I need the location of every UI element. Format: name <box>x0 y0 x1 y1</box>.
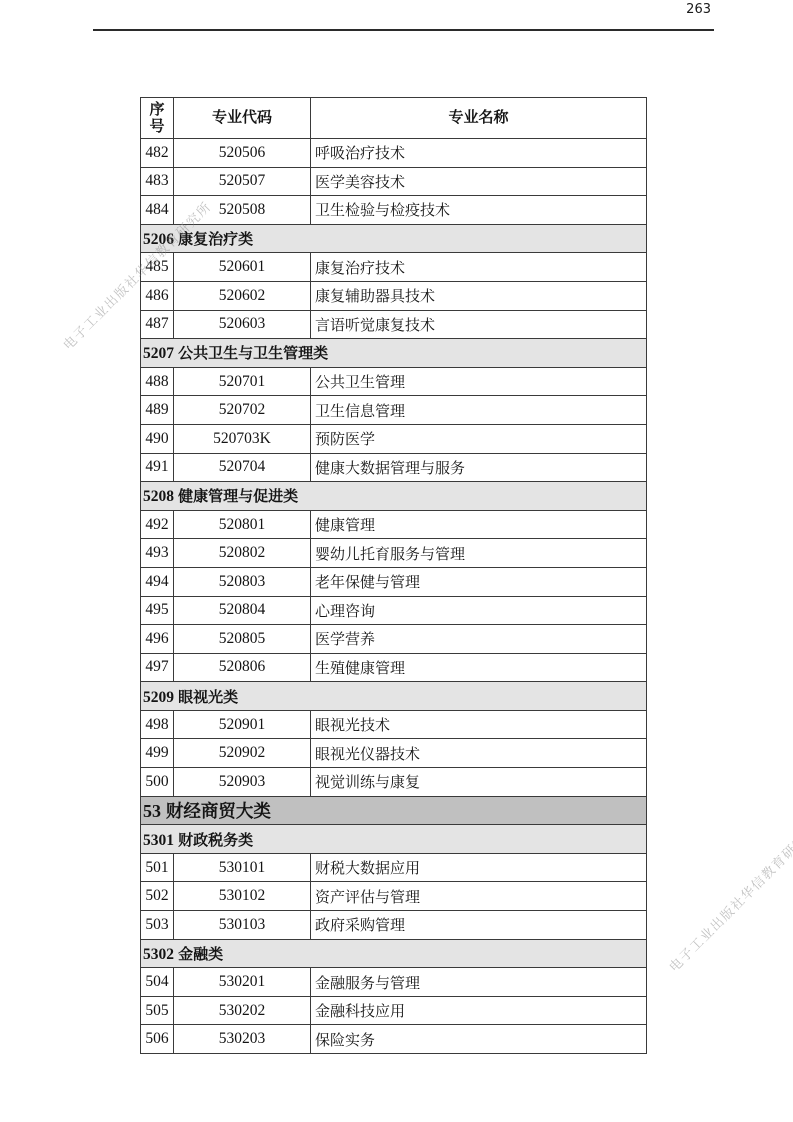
row-number: 492 <box>141 510 174 539</box>
row-number: 500 <box>141 768 174 797</box>
row-number: 493 <box>141 539 174 568</box>
major-name: 卫生信息管理 <box>311 396 647 425</box>
table-row: 489520702卫生信息管理 <box>141 396 647 425</box>
major-code: 520802 <box>174 539 311 568</box>
table-row: 502530102资产评估与管理 <box>141 882 647 911</box>
category-code: 5302 <box>143 946 174 963</box>
table-row: 492520801健康管理 <box>141 510 647 539</box>
category-header-cell: 5208 健康管理与促进类 <box>141 482 647 511</box>
major-code: 520806 <box>174 653 311 682</box>
majors-table: 序 号 专业代码 专业名称 482520506呼吸治疗技术483520507医学… <box>140 97 647 1054</box>
table-row: 487520603言语听觉康复技术 <box>141 310 647 339</box>
table-header-row: 序 号 专业代码 专业名称 <box>141 98 647 139</box>
major-code: 520801 <box>174 510 311 539</box>
major-name: 老年保健与管理 <box>311 567 647 596</box>
major-code: 520603 <box>174 310 311 339</box>
table-row: 498520901眼视光技术 <box>141 710 647 739</box>
major-code: 520903 <box>174 768 311 797</box>
major-name: 金融科技应用 <box>311 996 647 1025</box>
header-cell-number: 序 号 <box>141 98 174 139</box>
category-name: 财经商贸大类 <box>161 801 271 821</box>
major-name: 生殖健康管理 <box>311 653 647 682</box>
category-header-cell: 5302 金融类 <box>141 939 647 968</box>
major-name: 财税大数据应用 <box>311 853 647 882</box>
table-row: 482520506呼吸治疗技术 <box>141 139 647 168</box>
section-category-row: 5206 康复治疗类 <box>141 224 647 253</box>
header-cell-name: 专业名称 <box>311 98 647 139</box>
table-row: 499520902眼视光仪器技术 <box>141 739 647 768</box>
row-number: 491 <box>141 453 174 482</box>
table-row: 485520601康复治疗技术 <box>141 253 647 282</box>
row-number: 487 <box>141 310 174 339</box>
major-name: 呼吸治疗技术 <box>311 139 647 168</box>
major-code: 530203 <box>174 1025 311 1054</box>
major-code: 520506 <box>174 139 311 168</box>
major-name: 心理咨询 <box>311 596 647 625</box>
table-row: 505530202金融科技应用 <box>141 996 647 1025</box>
row-number: 486 <box>141 281 174 310</box>
major-code: 520508 <box>174 196 311 225</box>
major-code: 520704 <box>174 453 311 482</box>
row-number: 494 <box>141 567 174 596</box>
row-number: 501 <box>141 853 174 882</box>
table-row: 503530103政府采购管理 <box>141 911 647 940</box>
row-number: 497 <box>141 653 174 682</box>
major-code: 530102 <box>174 882 311 911</box>
major-code: 530201 <box>174 968 311 997</box>
category-code: 5207 <box>143 345 174 362</box>
major-code: 520805 <box>174 625 311 654</box>
major-code: 520703K <box>174 424 311 453</box>
major-code: 530103 <box>174 911 311 940</box>
row-number: 483 <box>141 167 174 196</box>
table-body: 482520506呼吸治疗技术483520507医学美容技术484520508卫… <box>141 139 647 1054</box>
row-number: 490 <box>141 424 174 453</box>
major-name: 卫生检验与检疫技术 <box>311 196 647 225</box>
row-number: 482 <box>141 139 174 168</box>
category-name: 公共卫生与卫生管理类 <box>174 345 328 362</box>
table-row: 497520806生殖健康管理 <box>141 653 647 682</box>
category-header-cell: 5207 公共卫生与卫生管理类 <box>141 339 647 368</box>
major-code: 530101 <box>174 853 311 882</box>
category-code: 5209 <box>143 689 174 706</box>
row-number: 484 <box>141 196 174 225</box>
table-row: 494520803老年保健与管理 <box>141 567 647 596</box>
major-name: 健康管理 <box>311 510 647 539</box>
row-number: 495 <box>141 596 174 625</box>
table-row: 504530201金融服务与管理 <box>141 968 647 997</box>
section-category-row: 5208 健康管理与促进类 <box>141 482 647 511</box>
major-code: 520601 <box>174 253 311 282</box>
major-code: 520803 <box>174 567 311 596</box>
major-code: 520507 <box>174 167 311 196</box>
category-header-cell: 53 财经商贸大类 <box>141 796 647 825</box>
major-code: 520804 <box>174 596 311 625</box>
major-name: 康复治疗技术 <box>311 253 647 282</box>
major-code: 520901 <box>174 710 311 739</box>
category-code: 5206 <box>143 231 174 248</box>
row-number: 504 <box>141 968 174 997</box>
table-row: 495520804心理咨询 <box>141 596 647 625</box>
category-header-cell: 5301 财政税务类 <box>141 825 647 854</box>
table-row: 491520704健康大数据管理与服务 <box>141 453 647 482</box>
major-name: 婴幼儿托育服务与管理 <box>311 539 647 568</box>
major-name: 眼视光仪器技术 <box>311 739 647 768</box>
row-number: 502 <box>141 882 174 911</box>
major-code: 520602 <box>174 281 311 310</box>
table-row: 506530203保险实务 <box>141 1025 647 1054</box>
section-category-row: 5209 眼视光类 <box>141 682 647 711</box>
section-category-row: 5207 公共卫生与卫生管理类 <box>141 339 647 368</box>
major-code: 530202 <box>174 996 311 1025</box>
major-name: 视觉训练与康复 <box>311 768 647 797</box>
table-row: 484520508卫生检验与检疫技术 <box>141 196 647 225</box>
major-name: 金融服务与管理 <box>311 968 647 997</box>
row-number: 498 <box>141 710 174 739</box>
table-row: 496520805医学营养 <box>141 625 647 654</box>
category-header-cell: 5209 眼视光类 <box>141 682 647 711</box>
major-name: 资产评估与管理 <box>311 882 647 911</box>
major-name: 眼视光技术 <box>311 710 647 739</box>
major-category-row: 53 财经商贸大类 <box>141 796 647 825</box>
category-code: 5208 <box>143 488 174 505</box>
category-name: 财政税务类 <box>174 832 253 849</box>
category-code: 5301 <box>143 832 174 849</box>
major-name: 医学营养 <box>311 625 647 654</box>
row-number: 496 <box>141 625 174 654</box>
major-name: 公共卫生管理 <box>311 367 647 396</box>
table-row: 493520802婴幼儿托育服务与管理 <box>141 539 647 568</box>
row-number: 485 <box>141 253 174 282</box>
section-category-row: 5302 金融类 <box>141 939 647 968</box>
row-number: 499 <box>141 739 174 768</box>
category-name: 康复治疗类 <box>174 231 253 248</box>
row-number: 505 <box>141 996 174 1025</box>
header-rule <box>93 29 714 31</box>
table-row: 488520701公共卫生管理 <box>141 367 647 396</box>
row-number: 488 <box>141 367 174 396</box>
major-name: 政府采购管理 <box>311 911 647 940</box>
row-number: 503 <box>141 911 174 940</box>
document-page: { "page": { "number": "263" }, "watermar… <box>0 0 793 1122</box>
major-name: 医学美容技术 <box>311 167 647 196</box>
major-name: 保险实务 <box>311 1025 647 1054</box>
table-row: 500520903视觉训练与康复 <box>141 768 647 797</box>
major-code: 520902 <box>174 739 311 768</box>
category-name: 金融类 <box>174 946 223 963</box>
major-name: 预防医学 <box>311 424 647 453</box>
major-name: 康复辅助器具技术 <box>311 281 647 310</box>
row-number: 489 <box>141 396 174 425</box>
category-code: 53 <box>143 801 161 821</box>
major-code: 520702 <box>174 396 311 425</box>
table-row: 483520507医学美容技术 <box>141 167 647 196</box>
watermark-right: 电子工业出版社华信教育研究所 <box>664 818 793 975</box>
major-name: 言语听觉康复技术 <box>311 310 647 339</box>
table-row: 501530101财税大数据应用 <box>141 853 647 882</box>
category-header-cell: 5206 康复治疗类 <box>141 224 647 253</box>
category-name: 健康管理与促进类 <box>174 488 298 505</box>
section-category-row: 5301 财政税务类 <box>141 825 647 854</box>
category-name: 眼视光类 <box>174 689 238 706</box>
page-number: 263 <box>686 2 711 17</box>
table-row: 490520703K预防医学 <box>141 424 647 453</box>
major-name: 健康大数据管理与服务 <box>311 453 647 482</box>
row-number: 506 <box>141 1025 174 1054</box>
table-row: 486520602康复辅助器具技术 <box>141 281 647 310</box>
header-cell-code: 专业代码 <box>174 98 311 139</box>
major-code: 520701 <box>174 367 311 396</box>
